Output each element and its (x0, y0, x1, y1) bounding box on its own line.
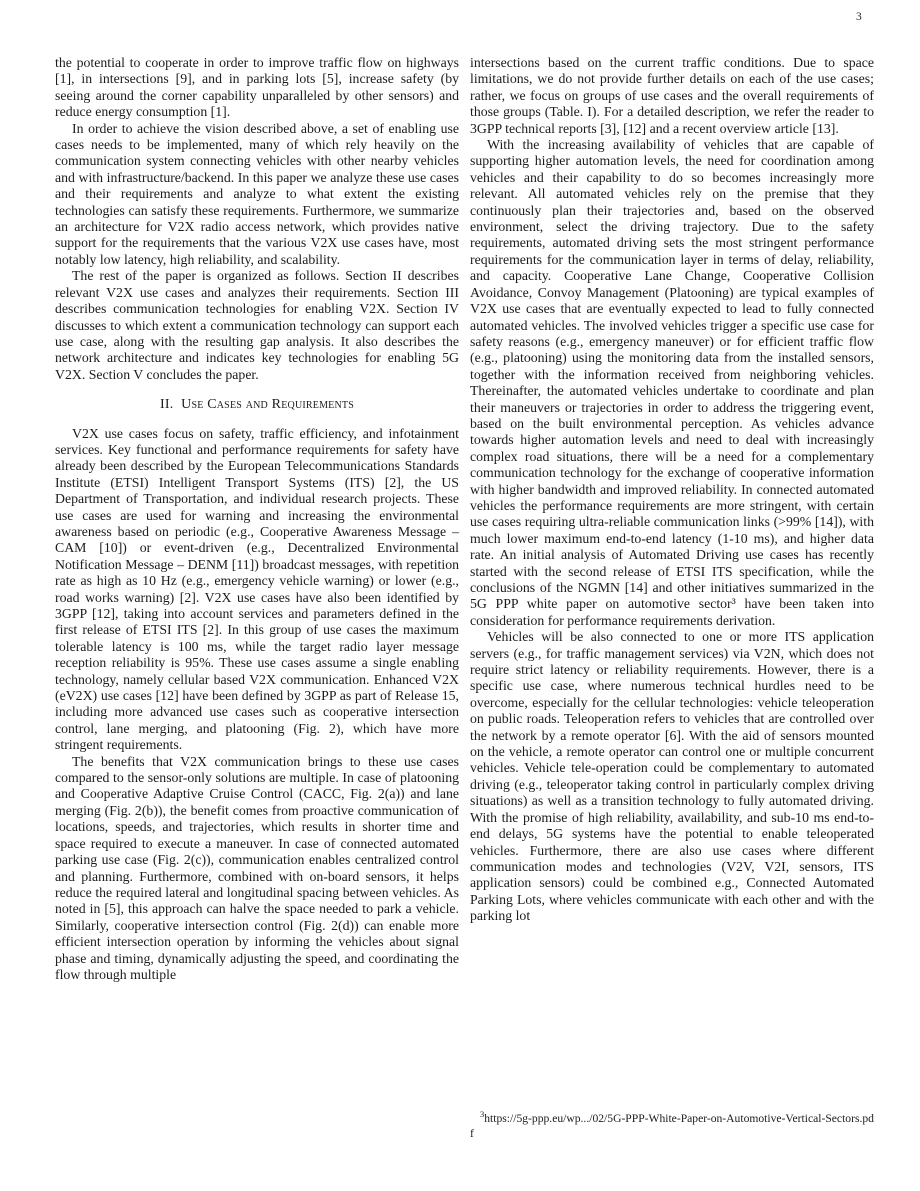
section-number: II. (160, 397, 173, 412)
paragraph: V2X use cases focus on safety, traffic e… (55, 426, 459, 754)
paragraph-continuation: intersections based on the current traff… (470, 55, 874, 137)
paragraph: Vehicles will be also connected to one o… (470, 629, 874, 924)
footnote-url: https://5g-ppp.eu/wp.../02/5G-PPP-White-… (470, 1112, 874, 1140)
paragraph: With the increasing availability of vehi… (470, 137, 874, 629)
paragraph-continuation: the potential to cooperate in order to i… (55, 55, 459, 121)
section-heading: II.Use Cases and Requirements (55, 397, 459, 413)
paragraph: The benefits that V2X communication brin… (55, 754, 459, 984)
section-title: Use Cases and Requirements (181, 397, 354, 412)
page-number: 3 (856, 11, 862, 23)
footnote: 3https://5g-ppp.eu/wp.../02/5G-PPP-White… (470, 1112, 874, 1141)
paragraph: In order to achieve the vision described… (55, 121, 459, 269)
left-column: the potential to cooperate in order to i… (55, 55, 459, 983)
paper-page: 3 the potential to cooperate in order to… (0, 0, 920, 1191)
paragraph: The rest of the paper is organized as fo… (55, 268, 459, 383)
right-column: intersections based on the current traff… (470, 55, 874, 925)
